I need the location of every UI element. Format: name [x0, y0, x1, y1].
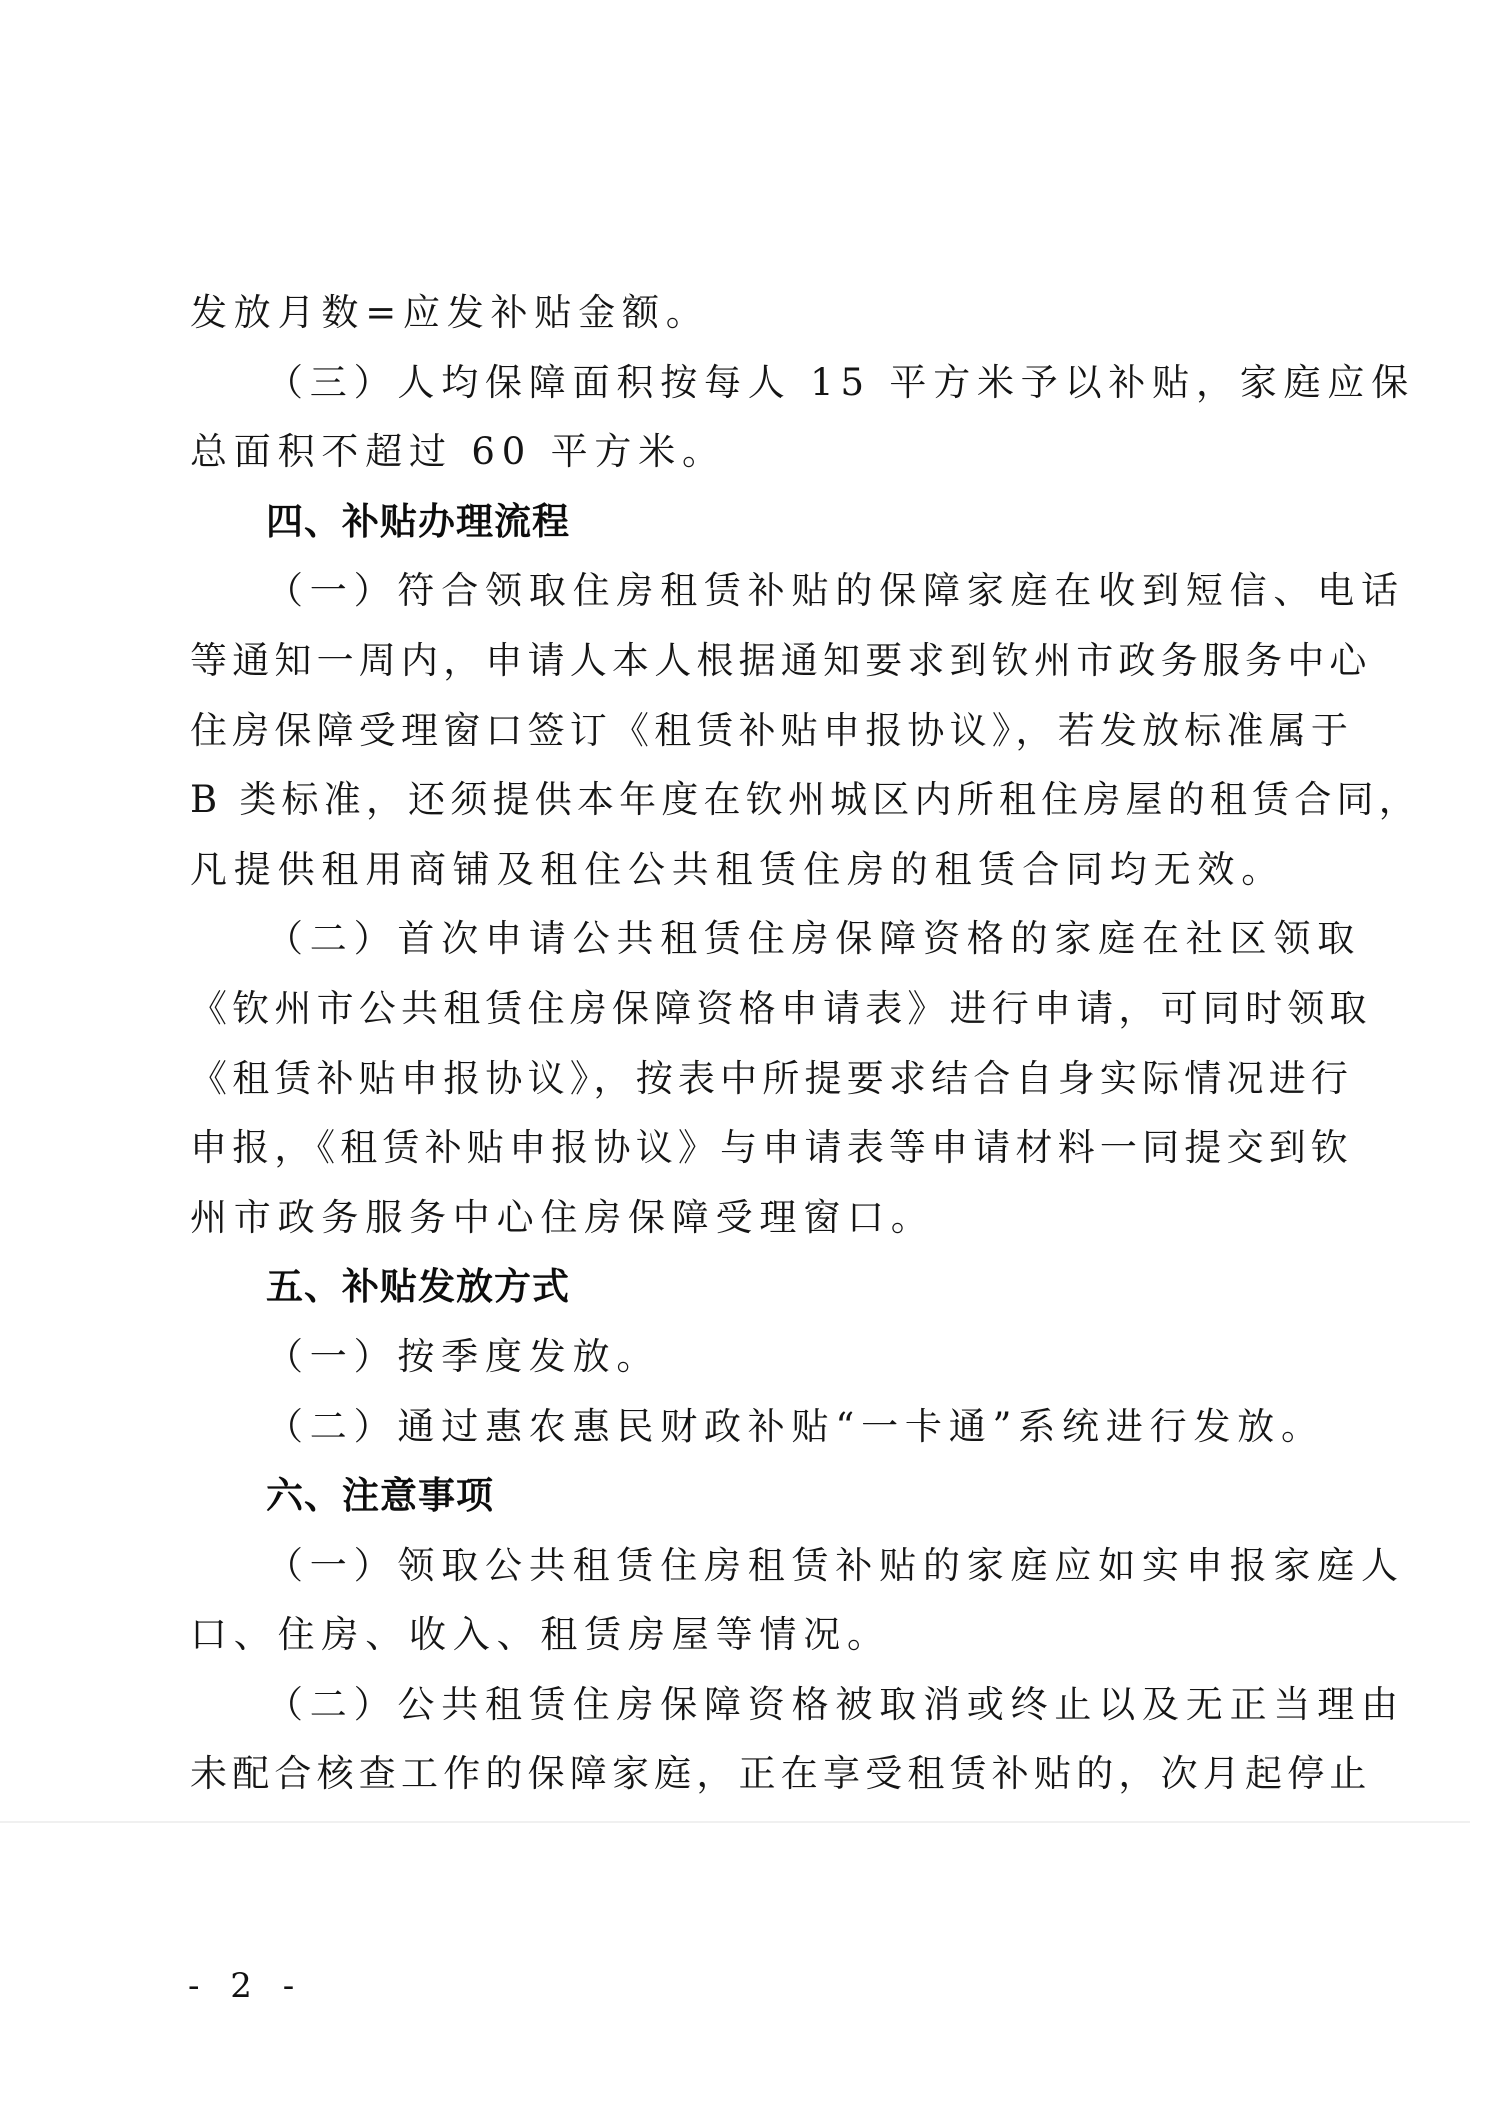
body-line: （一）领取公共租赁住房租赁补贴的家庭应如实申报家庭人 [190, 1531, 1305, 1601]
body-line: （一）按季度发放。 [190, 1322, 1305, 1392]
section-heading-four: 四、补贴办理流程 [190, 487, 1305, 557]
body-line: 未配合核查工作的保障家庭，正在享受租赁补贴的，次月起停止 [190, 1739, 1305, 1809]
body-line: 凡提供租用商铺及租住公共租赁住房的租赁合同均无效。 [190, 835, 1305, 905]
body-line: 等通知一周内，申请人本人根据通知要求到钦州市政务服务中心 [190, 626, 1305, 696]
body-line: 住房保障受理窗口签订《租赁补贴申报协议》，若发放标准属于 [190, 696, 1305, 766]
section-heading-five: 五、补贴发放方式 [190, 1252, 1305, 1322]
page-number: - 2 - [188, 1966, 304, 2006]
document-body: 发放月数=应发补贴金额。 （三）人均保障面积按每人 15 平方米予以补贴，家庭应… [190, 278, 1305, 1809]
body-line: B 类标准，还须提供本年度在钦州城区内所租住房屋的租赁合同， [190, 765, 1305, 835]
body-line: 发放月数=应发补贴金额。 [190, 278, 1305, 348]
body-line: （三）人均保障面积按每人 15 平方米予以补贴，家庭应保 [190, 348, 1305, 418]
document-page: 发放月数=应发补贴金额。 （三）人均保障面积按每人 15 平方米予以补贴，家庭应… [0, 0, 1488, 2104]
body-line: 申报，《租赁补贴申报协议》与申请表等申请材料一同提交到钦 [190, 1113, 1305, 1183]
body-line: 《租赁补贴申报协议》，按表中所提要求结合自身实际情况进行 [190, 1044, 1305, 1114]
body-line: （一）符合领取住房租赁补贴的保障家庭在收到短信、电话 [190, 556, 1305, 626]
body-line: 州市政务服务中心住房保障受理窗口。 [190, 1183, 1305, 1253]
body-line: （二）首次申请公共租赁住房保障资格的家庭在社区领取 [190, 904, 1305, 974]
section-heading-six: 六、注意事项 [190, 1461, 1305, 1531]
body-line: 总面积不超过 60 平方米。 [190, 417, 1305, 487]
body-line: （二）公共租赁住房保障资格被取消或终止以及无正当理由 [190, 1670, 1305, 1740]
page-fold-divider [0, 1821, 1470, 1823]
body-line: 口、住房、收入、租赁房屋等情况。 [190, 1600, 1305, 1670]
body-line: （二）通过惠农惠民财政补贴“一卡通”系统进行发放。 [190, 1392, 1305, 1462]
body-line: 《钦州市公共租赁住房保障资格申请表》进行申请，可同时领取 [190, 974, 1305, 1044]
